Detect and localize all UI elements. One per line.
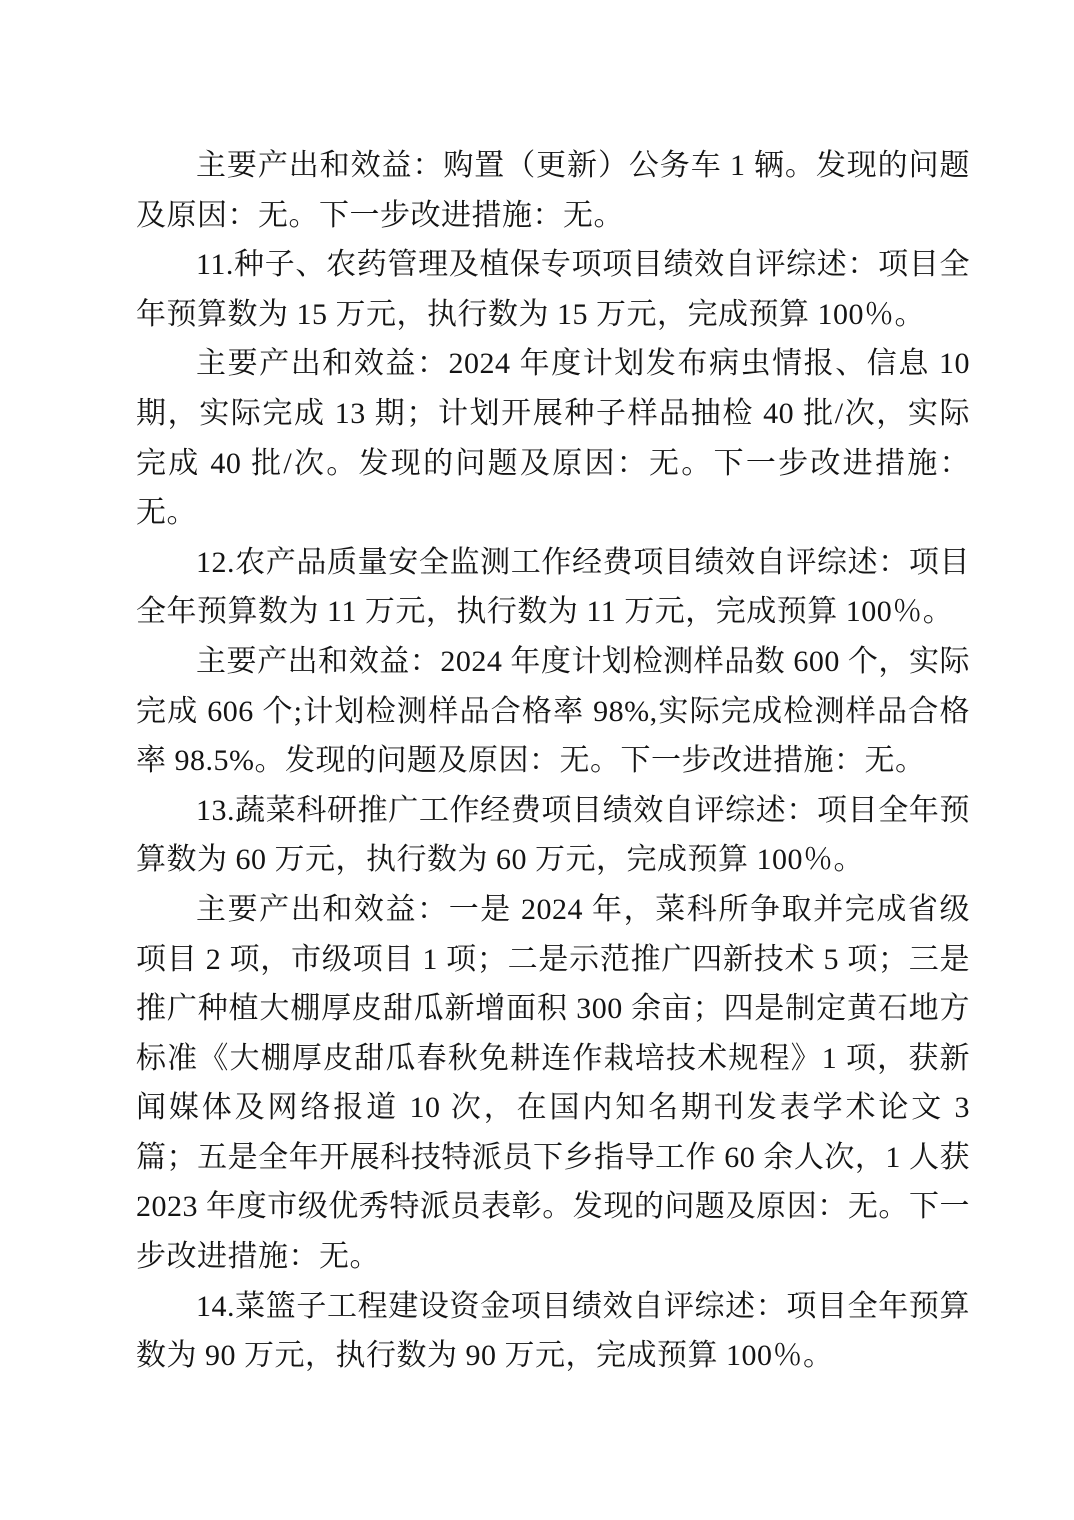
paragraph-item-12-benefit: 主要产出和效益：2024 年度计划检测样品数 600 个，实际完成 606 个;… bbox=[136, 637, 970, 786]
paragraph-item-14-summary: 14.菜篮子工程建设资金项目绩效自评综述：项目全年预算数为 90 万元，执行数为… bbox=[136, 1282, 970, 1381]
paragraph-item-13-summary: 13.蔬菜科研推广工作经费项目绩效自评综述：项目全年预算数为 60 万元，执行数… bbox=[136, 786, 970, 885]
document-body-text: 主要产出和效益：购置（更新）公务车 1 辆。发现的问题及原因：无。下一步改进措施… bbox=[136, 141, 970, 1381]
paragraph-item-13-benefit: 主要产出和效益：一是 2024 年，菜科所争取并完成省级项目 2 项，市级项目 … bbox=[136, 885, 970, 1282]
document-page: 主要产出和效益：购置（更新）公务车 1 辆。发现的问题及原因：无。下一步改进措施… bbox=[0, 0, 1074, 1520]
paragraph-item-11-summary: 11.种子、农药管理及植保专项项目绩效自评综述：项目全年预算数为 15 万元，执… bbox=[136, 240, 970, 339]
paragraph-item-12-summary: 12.农产品质量安全监测工作经费项目绩效自评综述：项目全年预算数为 11 万元，… bbox=[136, 538, 970, 637]
paragraph-item-11-benefit: 主要产出和效益：2024 年度计划发布病虫情报、信息 10 期，实际完成 13 … bbox=[136, 339, 970, 537]
paragraph-benefit-car-purchase: 主要产出和效益：购置（更新）公务车 1 辆。发现的问题及原因：无。下一步改进措施… bbox=[136, 141, 970, 240]
